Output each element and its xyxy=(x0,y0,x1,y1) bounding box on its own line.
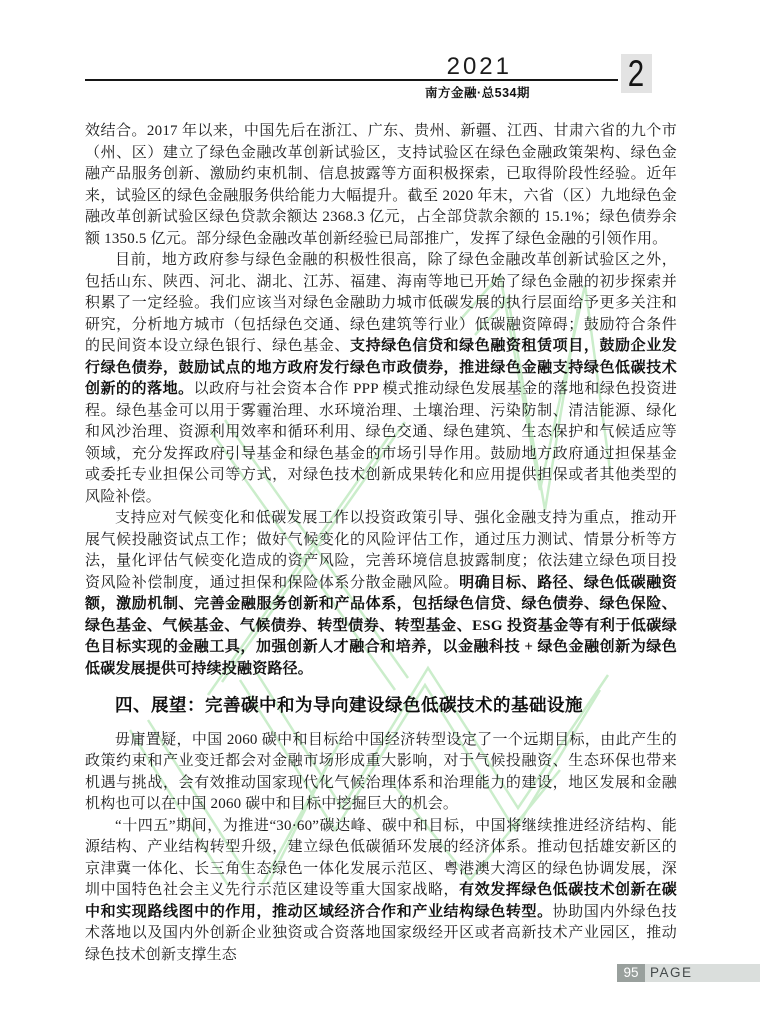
issue-number-box: 2 xyxy=(621,54,652,93)
journal-page: 2021 南方金融·总534期 2 效结合。2017 年以来，中国先后在浙江、广… xyxy=(0,0,760,1024)
paragraph: 效结合。2017 年以来，中国先后在浙江、广东、贵州、新疆、江西、甘肃六省的九个… xyxy=(85,121,677,250)
paragraph: 目前，地方政府参与绿色金融的积极性很高，除了绿色金融改革创新试验区之外，包括山东… xyxy=(85,250,677,508)
article-body: 效结合。2017 年以来，中国先后在浙江、广东、贵州、新疆、江西、甘肃六省的九个… xyxy=(85,121,677,966)
paragraph: 支持应对气候变化和低碳发展工作以投资政策引导、强化金融支持为重点，推动开展气候投… xyxy=(85,508,677,680)
page-number-badge: 95 xyxy=(617,964,645,982)
paragraph: “十四五”期间，为推进“30·60”碳达峰、碳中和目标，中国将继续推进经济结构、… xyxy=(85,816,677,967)
header-rule xyxy=(85,79,618,81)
page-label-bar: PAGE xyxy=(645,964,760,982)
text-run: 以政府与社会资本合作 PPP 模式推动绿色发展基金的落地和绿色投资进程。绿色基金… xyxy=(85,381,677,505)
paragraph: 毋庸置疑，中国 2060 碳中和目标给中国经济转型设定了一个远期目标，由此产生的… xyxy=(85,730,677,816)
issue-number: 2 xyxy=(628,55,644,92)
text-run: 效结合。2017 年以来，中国先后在浙江、广东、贵州、新疆、江西、甘肃六省的九个… xyxy=(85,123,677,247)
header-journal-title: 南方金融·总534期 xyxy=(425,83,530,101)
text-run: 毋庸置疑，中国 2060 碳中和目标给中国经济转型设定了一个远期目标，由此产生的… xyxy=(85,732,677,813)
header-year: 2021 xyxy=(447,53,512,81)
section-heading: 四、展望：完善碳中和为导向建设绿色低碳技术的基础设施 xyxy=(85,680,677,730)
